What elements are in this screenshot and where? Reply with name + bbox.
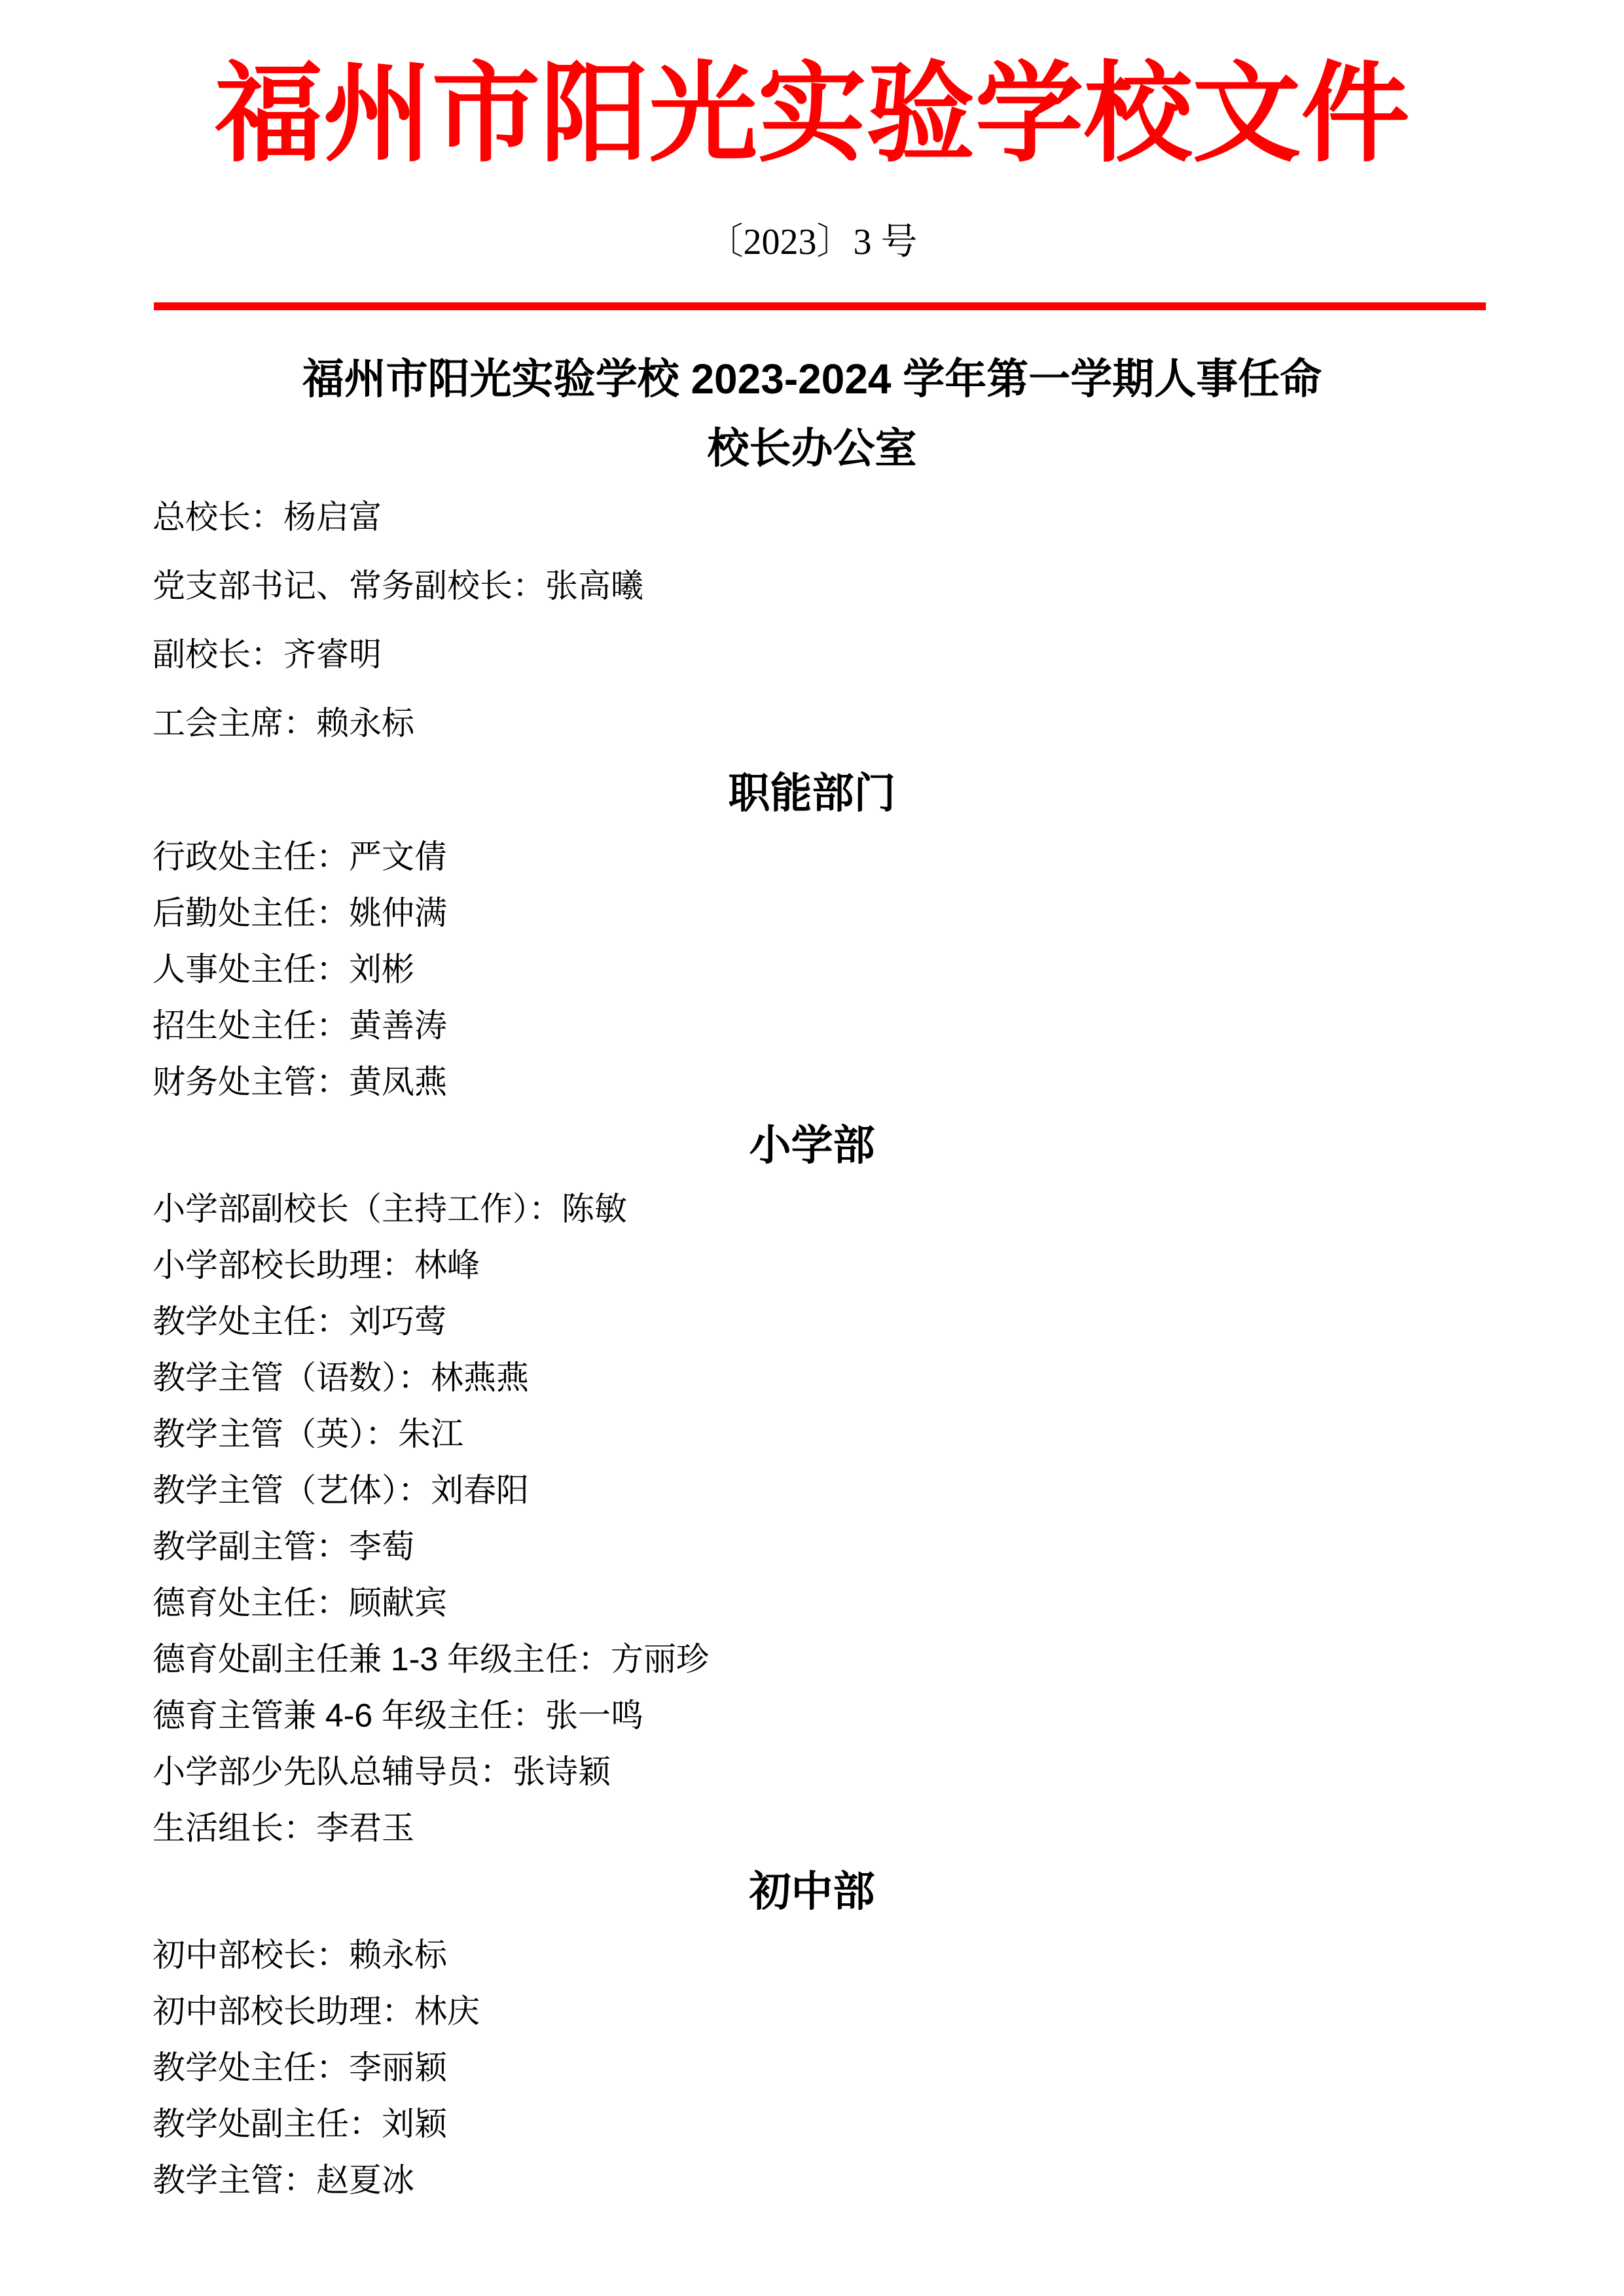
appointment-row: 后勤处主任：姚仲满	[0, 885, 1624, 941]
appointment-row: 行政处主任：严文倩	[0, 829, 1624, 885]
appointment-row: 德育处主任：顾献宾	[0, 1575, 1624, 1631]
appointment-row: 小学部少先队总辅导员：张诗颖	[0, 1744, 1624, 1800]
appointment-row: 初中部校长助理：林庆	[0, 1983, 1624, 2039]
section-heading-functional-departments: 职能部门	[0, 767, 1624, 819]
appointment-row: 教学处主任：刘巧莺	[0, 1293, 1624, 1350]
document-page: 福州市阳光实验学校文件 〔2023〕3 号 福州市阳光实验学校 2023-202…	[0, 0, 1624, 2296]
document-title-line1: 福州市阳光实验学校 2023-2024 学年第一学期人事任命	[0, 344, 1624, 414]
middle-school-rows: 初中部校长：赖永标 初中部校长助理：林庆 教学处主任：李丽颖 教学处副主任：刘颖…	[0, 1927, 1624, 2208]
appointment-row: 教学主管（语数）：林燕燕	[0, 1350, 1624, 1406]
red-divider-line	[154, 302, 1486, 310]
appointment-row: 教学主管：赵夏冰	[0, 2152, 1624, 2208]
document-number: 〔2023〕3 号	[0, 216, 1624, 268]
section-heading-primary-school: 小学部	[0, 1119, 1624, 1172]
section-heading-middle-school: 初中部	[0, 1865, 1624, 1918]
primary-school-rows: 小学部副校长（主持工作）：陈敏 小学部校长助理：林峰 教学处主任：刘巧莺 教学主…	[0, 1181, 1624, 1856]
appointment-row: 招生处主任：黄善涛	[0, 997, 1624, 1054]
appointment-row: 工会主席：赖永标	[0, 689, 1624, 758]
appointment-row: 总校长：杨启富	[0, 483, 1624, 552]
appointment-row: 教学副主管：李萄	[0, 1518, 1624, 1575]
appointment-row: 财务处主管：黄凤燕	[0, 1054, 1624, 1110]
appointment-row: 人事处主任：刘彬	[0, 941, 1624, 997]
document-title-line2-office-heading: 校长办公室	[0, 414, 1624, 483]
appointment-row: 教学主管（英）：朱江	[0, 1406, 1624, 1462]
appointment-row: 德育主管兼 4-6 年级主任：张一鸣	[0, 1687, 1624, 1744]
appointment-row: 教学处副主任：刘颖	[0, 2096, 1624, 2152]
appointment-row: 德育处副主任兼 1-3 年级主任：方丽珍	[0, 1631, 1624, 1687]
appointment-row: 教学处主任：李丽颖	[0, 2039, 1624, 2096]
document-title: 福州市阳光实验学校 2023-2024 学年第一学期人事任命 校长办公室	[0, 344, 1624, 483]
appointment-row: 初中部校长：赖永标	[0, 1927, 1624, 1983]
functional-departments-rows: 行政处主任：严文倩 后勤处主任：姚仲满 人事处主任：刘彬 招生处主任：黄善涛 财…	[0, 829, 1624, 1110]
appointment-row: 小学部校长助理：林峰	[0, 1237, 1624, 1293]
appointment-row: 教学主管（艺体）：刘春阳	[0, 1462, 1624, 1518]
letterhead-title: 福州市阳光实验学校文件	[0, 0, 1624, 190]
appointment-row: 副校长：齐睿明	[0, 620, 1624, 689]
appointment-row: 党支部书记、常务副校长：张高曦	[0, 552, 1624, 620]
appointment-row: 生活组长：李君玉	[0, 1800, 1624, 1856]
appointment-row: 小学部副校长（主持工作）：陈敏	[0, 1181, 1624, 1237]
office-section-rows: 总校长：杨启富 党支部书记、常务副校长：张高曦 副校长：齐睿明 工会主席：赖永标	[0, 483, 1624, 758]
